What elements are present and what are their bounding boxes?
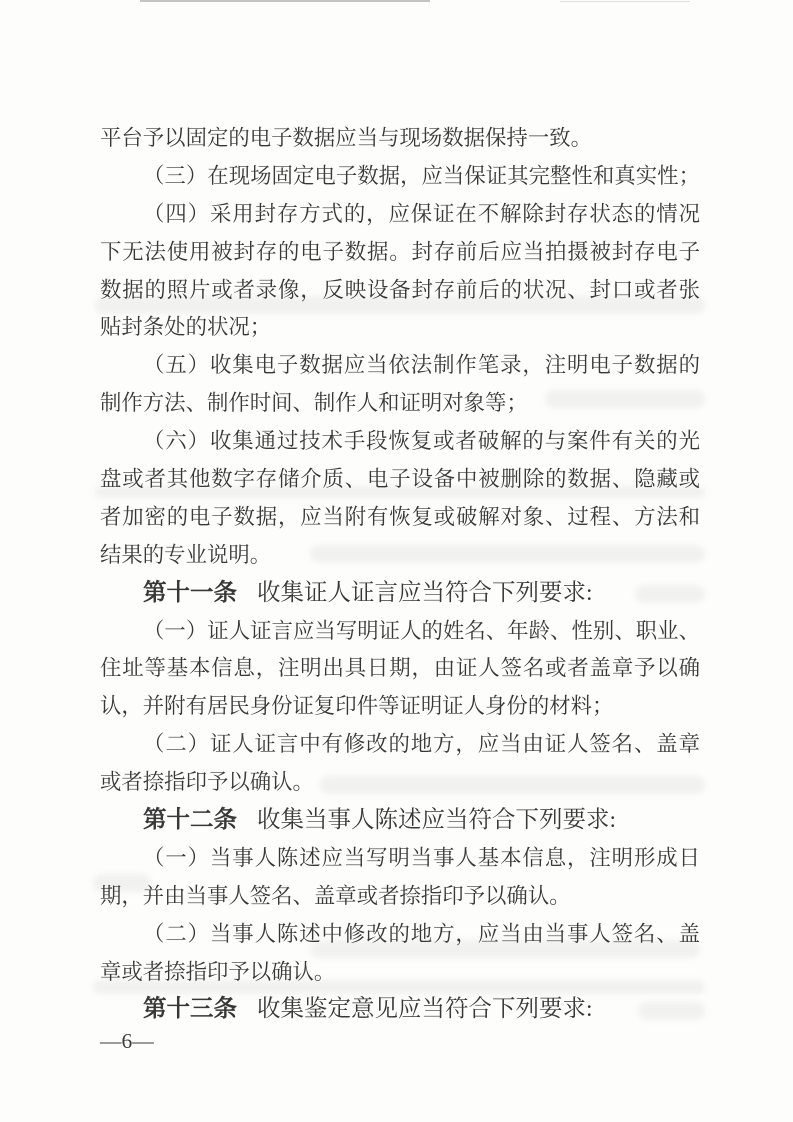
text-line: （四）采用封存方式的，应保证在不解除封存状态的情况 (100, 196, 700, 234)
document-text: 平台予以固定的电子数据应当与现场数据保持一致。（三）在现场固定电子数据，应当保证… (100, 120, 700, 1029)
text-line: 住址等基本信息，注明出具日期，由证人签名或者盖章予以确 (100, 650, 700, 688)
article-number: 第十三条 (143, 996, 237, 1022)
text-line: 结果的专业说明。 (100, 537, 700, 575)
article-heading-line: 第十三条收集鉴定意见应当符合下列要求: (100, 991, 700, 1029)
article-number: 第十一条 (143, 580, 237, 606)
text-line: 制作方法、制作时间、制作人和证明对象等； (100, 385, 700, 423)
article-heading-line: 第十一条收集证人证言应当符合下列要求: (100, 575, 700, 613)
text-line: 或者捺指印予以确认。 (100, 764, 700, 802)
article-number: 第十二条 (143, 807, 237, 833)
text-line: 期，并由当事人签名、盖章或者捺指印予以确认。 (100, 878, 700, 916)
text-line: 平台予以固定的电子数据应当与现场数据保持一致。 (100, 120, 700, 158)
text-line: （二）当事人陈述中修改的地方，应当由当事人签名、盖 (100, 916, 700, 954)
page-number: —6— (100, 1026, 154, 1056)
text-line: （一）当事人陈述应当写明当事人基本信息，注明形成日 (100, 840, 700, 878)
scan-edge-artifact (560, 1, 690, 2)
text-line: （五）收集电子数据应当依法制作笔录，注明电子数据的 (100, 347, 700, 385)
scan-edge-artifact (140, 0, 430, 2)
text-line: 章或者捺指印予以确认。 (100, 954, 700, 992)
text-line: （六）收集通过技术手段恢复或者破解的与案件有关的光 (100, 423, 700, 461)
text-line: （一）证人证言应当写明证人的姓名、年龄、性别、职业、 (100, 613, 700, 651)
article-heading-line: 第十二条收集当事人陈述应当符合下列要求: (100, 802, 700, 840)
text-line: （三）在现场固定电子数据，应当保证其完整性和真实性； (100, 158, 700, 196)
document-page: 平台予以固定的电子数据应当与现场数据保持一致。（三）在现场固定电子数据，应当保证… (0, 0, 793, 1122)
text-line: 盘或者其他数字存储介质、电子设备中被删除的数据、隐藏或 (100, 461, 700, 499)
text-line: 数据的照片或者录像，反映设备封存前后的状况、封口或者张 (100, 272, 700, 310)
text-line: 认，并附有居民身份证复印件等证明证人身份的材料； (100, 688, 700, 726)
text-line: 贴封条处的状况； (100, 309, 700, 347)
text-line: （二）证人证言中有修改的地方，应当由证人签名、盖章 (100, 726, 700, 764)
text-line: 下无法使用被封存的电子数据。封存前后应当拍摄被封存电子 (100, 234, 700, 272)
text-line: 者加密的电子数据，应当附有恢复或破解对象、过程、方法和 (100, 499, 700, 537)
